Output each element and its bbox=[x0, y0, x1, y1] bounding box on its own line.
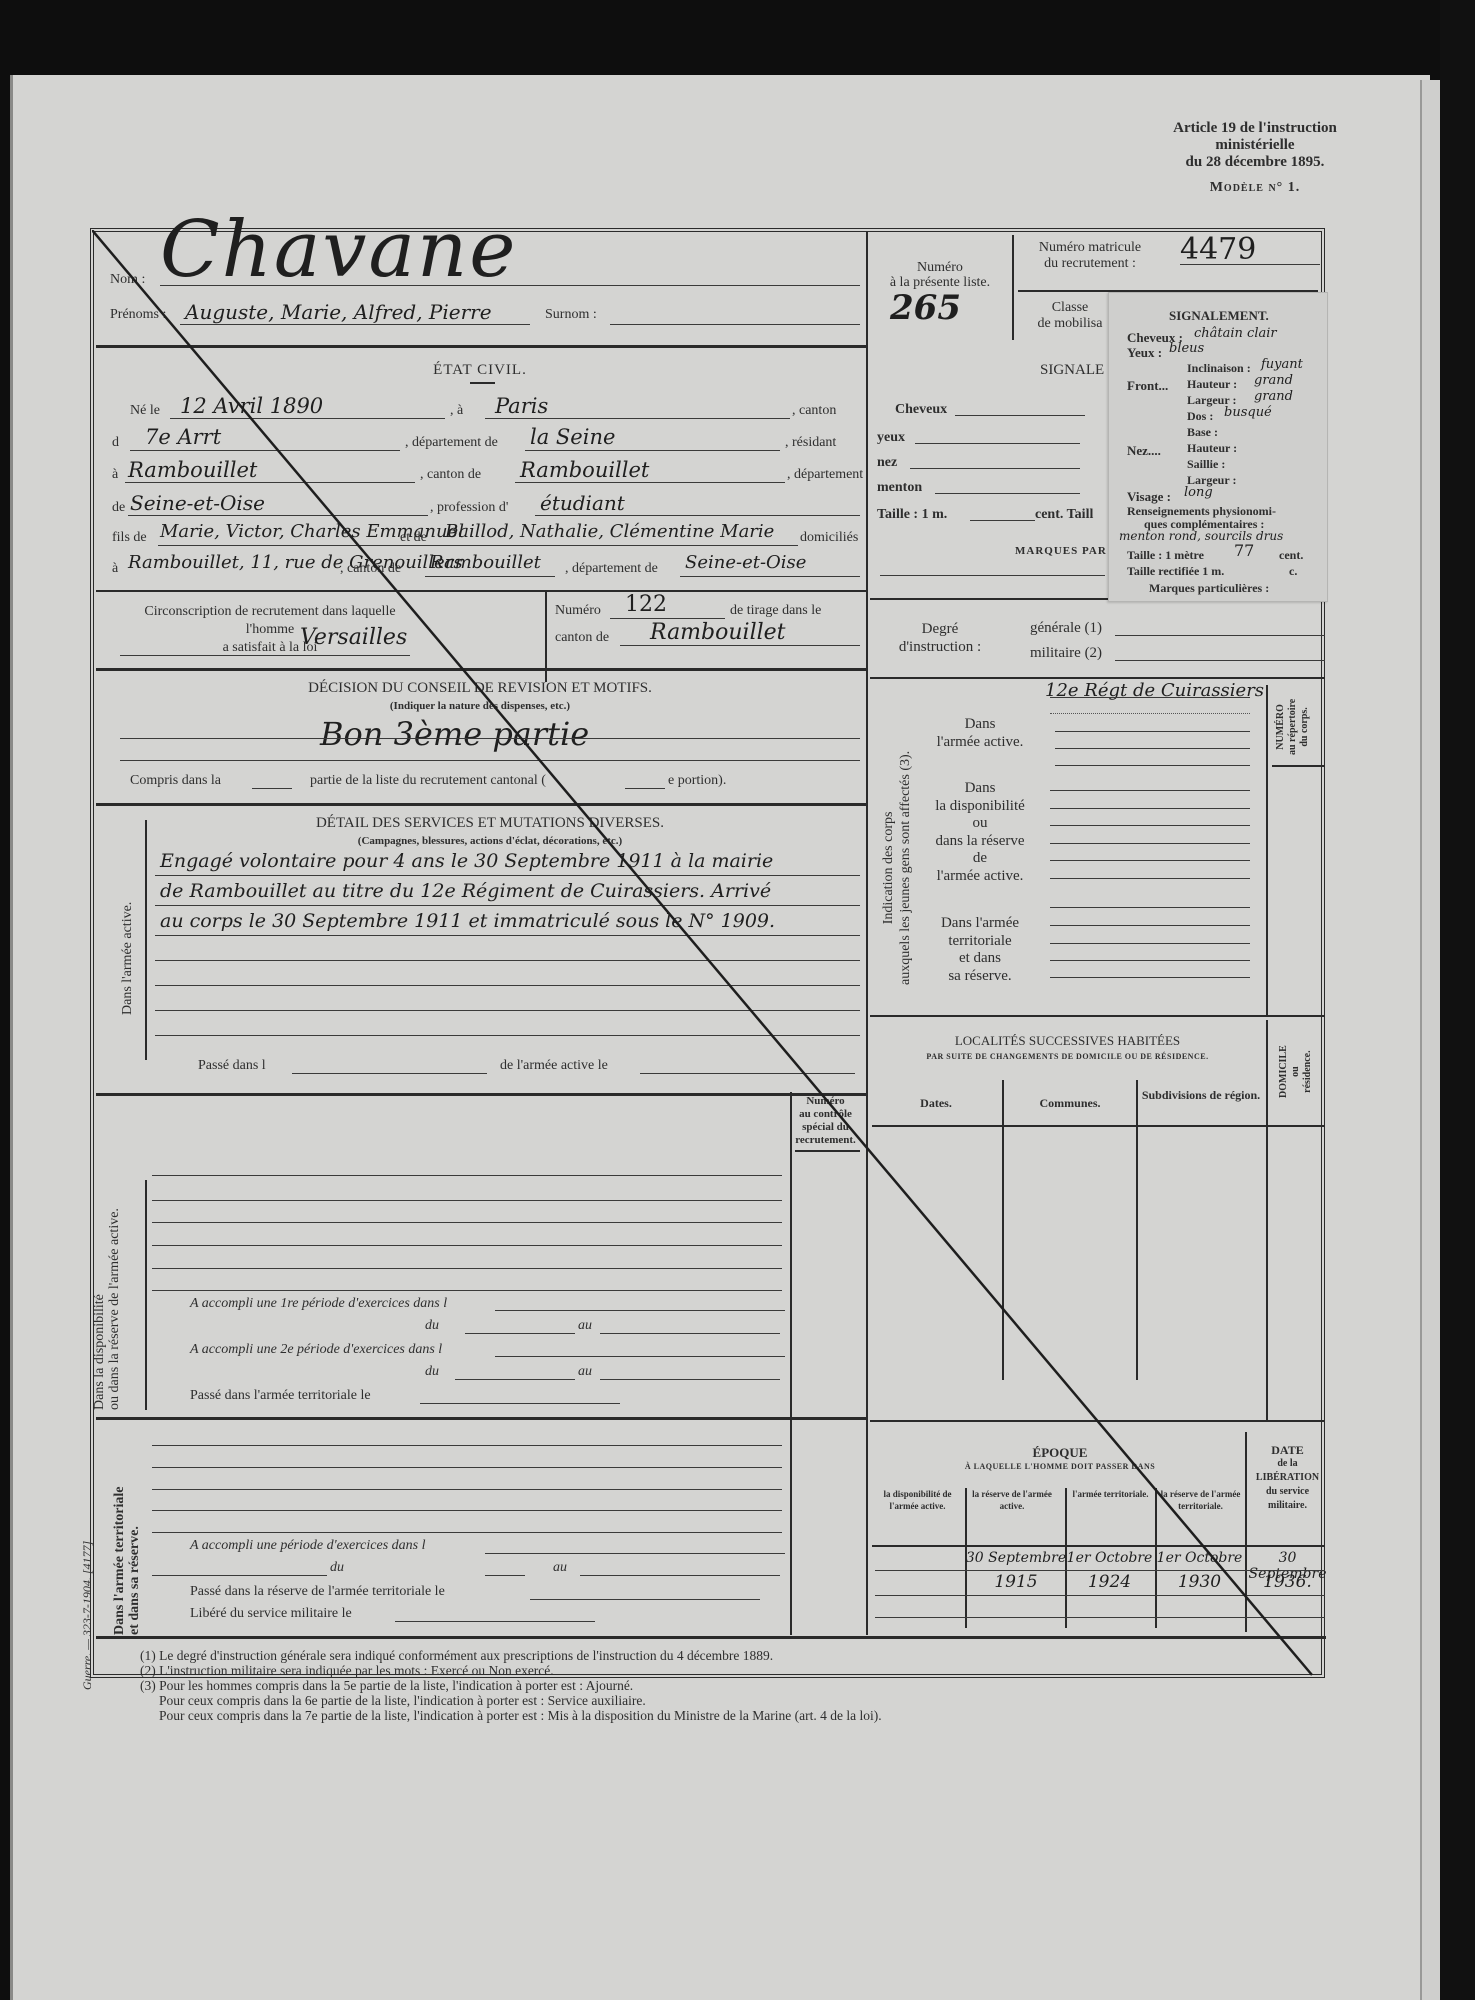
numero-liste-value: 265 bbox=[890, 288, 961, 328]
label: Classe bbox=[1030, 300, 1110, 316]
epoque-value: 30 Septembre bbox=[962, 1550, 1070, 1566]
controle-label: Numéro au contrôle spécial du recrutemen… bbox=[793, 1095, 858, 1147]
article-line: ministérielle bbox=[1130, 137, 1380, 154]
a-label: , à bbox=[450, 403, 463, 419]
matricule-label: Numéro matricule du recrutement : bbox=[1020, 240, 1160, 272]
slip-yeux-value: bleus bbox=[1169, 341, 1204, 356]
label: LIBÉRATION bbox=[1250, 1471, 1325, 1485]
nom-value: Chavane bbox=[160, 205, 517, 295]
footnote: (2) L'instruction militaire sera indiqué… bbox=[140, 1663, 1240, 1678]
corps-side-label: Indication des corps auxquels les jeunes… bbox=[880, 751, 914, 985]
label: la disponibilité bbox=[925, 798, 1035, 816]
surnom-label: Surnom : bbox=[545, 307, 597, 323]
fils-de-label: fils de bbox=[112, 530, 147, 546]
slip-marques-label: Marques particulières : bbox=[1149, 581, 1269, 596]
et-de-label: et de bbox=[400, 530, 427, 546]
label: d'instruction : bbox=[880, 638, 1000, 656]
prenoms-label: Prénoms : bbox=[110, 307, 166, 323]
signalement-slip: SIGNALEMENT. Cheveux : châtain clair Yeu… bbox=[1108, 292, 1328, 602]
label: auxquels les jeunes gens sont affectés (… bbox=[897, 751, 914, 985]
canton-value: Rambouillet bbox=[520, 458, 649, 482]
periode2-label: A accompli une 2e période d'exercices da… bbox=[190, 1342, 442, 1358]
degre-label: Degré d'instruction : bbox=[880, 620, 1000, 656]
slip-c-label: c. bbox=[1289, 564, 1297, 579]
birthplace-value: Paris bbox=[495, 394, 548, 418]
slip-cheveux-value: châtain clair bbox=[1194, 326, 1277, 341]
repertoire-label: NUMÉRO au répertoire du corps. bbox=[1275, 699, 1311, 755]
liberation-label: DATE de la LIBÉRATION du service militai… bbox=[1250, 1443, 1325, 1513]
label: au répertoire bbox=[1287, 699, 1299, 755]
mother-value: Baillod, Nathalie, Clémentine Marie bbox=[445, 521, 774, 542]
prenoms-value: Auguste, Marie, Alfred, Pierre bbox=[185, 300, 492, 324]
portion-label: e portion). bbox=[668, 773, 726, 789]
au-label: au bbox=[553, 1560, 567, 1576]
label: résidence. bbox=[1302, 1045, 1314, 1098]
slip-largeur-value: grand bbox=[1254, 389, 1293, 404]
menton-label: menton bbox=[877, 480, 922, 496]
footnote: Pour ceux compris dans la 7e partie de l… bbox=[140, 1708, 1240, 1723]
label: au contrôle bbox=[793, 1108, 858, 1121]
tirage-label: de tirage dans le bbox=[730, 603, 821, 619]
label: de mobilisa bbox=[1030, 316, 1110, 332]
article-line: Article 19 de l'instruction bbox=[1130, 120, 1380, 137]
label: Dans l'armée bbox=[925, 915, 1035, 933]
slip-visage-value: long bbox=[1184, 485, 1213, 500]
footnote: (3) Pour les hommes compris dans la 5e p… bbox=[140, 1678, 1240, 1693]
label: recrutement. bbox=[793, 1134, 858, 1147]
localites-subtitle: PAR SUITE DE CHANGEMENTS DE DOMICILE OU … bbox=[875, 1052, 1260, 1061]
residence-value: Rambouillet bbox=[128, 458, 257, 482]
du-label: du bbox=[330, 1560, 344, 1576]
label: DOMICILE bbox=[1278, 1045, 1290, 1098]
de-label: de bbox=[112, 500, 125, 516]
territoriale-side-label: Dans l'armée territoriale et dans sa rés… bbox=[112, 1487, 142, 1636]
label: Dans bbox=[925, 715, 1035, 733]
residant-label: , résidant bbox=[785, 435, 836, 451]
service-line: au corps le 30 Septembre 1911 et immatri… bbox=[160, 910, 775, 932]
cent-label: cent. Taill bbox=[1035, 507, 1093, 523]
slip-nez-label: Nez.... bbox=[1127, 443, 1161, 459]
slip-base-label: Base : bbox=[1187, 425, 1218, 440]
corps-territoriale-label: Dans l'armée territoriale et dans sa rés… bbox=[925, 915, 1035, 985]
slip-nez-hauteur-label: Hauteur : bbox=[1187, 441, 1237, 456]
slip-hauteur-value: grand bbox=[1254, 373, 1293, 388]
epoque-value: 1er Octobre bbox=[1152, 1550, 1247, 1566]
epoque-value: 1924 bbox=[1062, 1572, 1157, 1592]
domicilies-label: domiciliés bbox=[800, 530, 858, 546]
canton-label: , canton de bbox=[340, 561, 401, 577]
service-line: de Rambouillet au titre du 12e Régiment … bbox=[160, 880, 771, 902]
ne-le-label: Né le bbox=[130, 403, 160, 419]
label: Dans l'armée territoriale bbox=[112, 1487, 127, 1636]
d-label: d bbox=[112, 435, 119, 451]
label: Numéro bbox=[870, 260, 1010, 275]
a-label: à bbox=[112, 561, 118, 577]
numero-tirage-label: Numéro bbox=[555, 603, 601, 619]
slip-hauteur-label: Hauteur : bbox=[1187, 377, 1237, 392]
label: Degré bbox=[880, 620, 1000, 638]
slip-taille-rectifiee-label: Taille rectifiée 1 m. bbox=[1127, 564, 1224, 579]
periode-label: A accompli une période d'exercices dans … bbox=[190, 1538, 425, 1554]
slip-saillie-label: Saillie : bbox=[1187, 457, 1225, 472]
canton-label: , canton bbox=[792, 403, 836, 419]
modele-number: Modèle n° 1. bbox=[1130, 179, 1380, 196]
services-subtitle: (Campagnes, blessures, actions d'éclat, … bbox=[200, 835, 780, 847]
slip-visage-label: Visage : bbox=[1127, 489, 1171, 505]
slip-cent-label: cent. bbox=[1279, 548, 1303, 563]
militaire-label: militaire (2) bbox=[1030, 645, 1102, 662]
decision-subtitle: (Indiquer la nature des dispenses, etc.) bbox=[200, 700, 760, 712]
label: militaire. bbox=[1250, 1499, 1325, 1513]
label: Dans bbox=[925, 780, 1035, 798]
label: spécial du bbox=[793, 1121, 858, 1134]
yeux-label: yeux bbox=[877, 430, 905, 446]
localites-title: LOCALITÉS SUCCESSIVES HABITÉES bbox=[875, 1033, 1260, 1049]
marques-label: MARQUES PAR bbox=[1015, 545, 1107, 557]
label: territoriale bbox=[925, 933, 1035, 951]
label: ou dans la réserve de l'armée active. bbox=[107, 1208, 122, 1410]
label: DATE bbox=[1250, 1443, 1325, 1457]
etat-civil-title: ÉTAT CIVIL. bbox=[300, 362, 660, 379]
slip-title: SIGNALEMENT. bbox=[1169, 308, 1269, 324]
slip-front-label: Front... bbox=[1127, 378, 1168, 394]
services-side-label: Dans l'armée active. bbox=[120, 902, 136, 1015]
label: dans la réserve bbox=[925, 833, 1035, 851]
canton-label: , canton de bbox=[420, 467, 481, 483]
liberation-value: 1936. bbox=[1245, 1572, 1330, 1592]
slip-dos-label: Dos : bbox=[1187, 409, 1213, 424]
slip-yeux-label: Yeux : bbox=[1127, 345, 1162, 361]
departement-label: , département de bbox=[565, 561, 658, 577]
generale-label: générale (1) bbox=[1030, 620, 1102, 637]
epoque-col-label: la réserve de l'armée territoriale. bbox=[1158, 1488, 1243, 1512]
slip-inclinaison-label: Inclinaison : bbox=[1187, 361, 1251, 376]
numero-tirage-value: 122 bbox=[625, 592, 667, 617]
taille-label: Taille : 1 m. bbox=[877, 507, 947, 523]
passe-label: Passé dans l bbox=[198, 1058, 266, 1074]
domicile-label: DOMICILE ou résidence. bbox=[1278, 1045, 1314, 1098]
cheveux-label: Cheveux bbox=[895, 402, 947, 418]
corps-active-label: Dans l'armée active. bbox=[925, 715, 1035, 751]
domicile-value: Rambouillet, 11, rue de Grenouillers bbox=[128, 552, 463, 573]
footnotes: (1) Le degré d'instruction générale sera… bbox=[140, 1648, 1240, 1723]
armee-active-label: de l'armée active le bbox=[500, 1058, 608, 1074]
canton-value: 7e Arrt bbox=[145, 425, 221, 449]
corps-disponibilite-label: Dans la disponibilité ou dans la réserve… bbox=[925, 780, 1035, 885]
epoque-title: ÉPOQUE bbox=[880, 1445, 1240, 1461]
matricule-value: 4479 bbox=[1180, 232, 1256, 267]
departement-value: Seine-et-Oise bbox=[685, 552, 806, 573]
classe-label: Classe de mobilisa bbox=[1030, 300, 1110, 332]
periode1-label: A accompli une 1re période d'exercices d… bbox=[190, 1296, 447, 1312]
numero-liste-label: Numéro à la présente liste. bbox=[870, 260, 1010, 290]
page-edge bbox=[1420, 80, 1440, 2000]
label: de la bbox=[1250, 1457, 1325, 1471]
decision-value: Bon 3ème partie bbox=[320, 715, 589, 753]
epoque-value: 1er Octobre bbox=[1062, 1550, 1157, 1566]
canton-label: canton de bbox=[555, 630, 609, 646]
epoque-col-label: la disponibilité de l'armée active. bbox=[875, 1488, 960, 1512]
compris-label: Compris dans la bbox=[130, 773, 221, 789]
du-label: du bbox=[425, 1364, 439, 1380]
circonscription-value: Versailles bbox=[300, 625, 407, 650]
disponibilite-side-label: Dans la disponibilité ou dans la réserve… bbox=[92, 1208, 122, 1410]
col-subdivisions: Subdivisions de région. bbox=[1140, 1088, 1262, 1103]
article-line: du 28 décembre 1895. bbox=[1130, 154, 1380, 171]
nez-label: nez bbox=[877, 455, 897, 471]
epoque-col-label: la réserve de l'armée active. bbox=[968, 1488, 1056, 1512]
a-label: à bbox=[112, 467, 118, 483]
canton-value: Rambouillet bbox=[430, 552, 541, 573]
article-reference: Article 19 de l'instruction ministériell… bbox=[1130, 120, 1380, 196]
label: Dans la disponibilité bbox=[92, 1208, 107, 1410]
binding bbox=[1440, 0, 1475, 2000]
services-title: DÉTAIL DES SERVICES ET MUTATIONS DIVERSE… bbox=[200, 815, 780, 832]
departement-label: , département de bbox=[405, 435, 498, 451]
col-communes: Communes. bbox=[1004, 1096, 1136, 1111]
slip-inclinaison-value: fuyant bbox=[1261, 357, 1303, 372]
epoque-subtitle: À LAQUELLE L'HOMME DOIT PASSER DANS bbox=[880, 1462, 1240, 1471]
label: ou bbox=[1290, 1045, 1302, 1098]
label: Numéro bbox=[793, 1095, 858, 1108]
footnote: Pour ceux compris dans la 6e partie de l… bbox=[140, 1693, 1240, 1708]
decision-title: DÉCISION DU CONSEIL DE REVISION ET MOTIF… bbox=[200, 680, 760, 697]
label: l'armée active. bbox=[925, 733, 1035, 751]
signalement-printed-title: SIGNALE bbox=[1040, 362, 1104, 379]
label: du recrutement : bbox=[1020, 256, 1160, 272]
du-label: du bbox=[425, 1318, 439, 1334]
slip-taille-value: 77 bbox=[1234, 541, 1254, 560]
au-label: au bbox=[578, 1318, 592, 1334]
slip-dos-value: busqué bbox=[1224, 405, 1272, 420]
profession-label: , profession d' bbox=[430, 500, 508, 516]
departement-label: , département bbox=[787, 467, 863, 483]
departement-value: la Seine bbox=[530, 425, 615, 449]
canton-tirage-value: Rambouillet bbox=[650, 620, 786, 645]
label: ou bbox=[925, 815, 1035, 833]
label: sa réserve. bbox=[925, 968, 1035, 986]
passe-reserve-label: Passé dans la réserve de l'armée territo… bbox=[190, 1584, 445, 1600]
passe-territoriale-label: Passé dans l'armée territoriale le bbox=[190, 1388, 371, 1404]
au-label: au bbox=[578, 1364, 592, 1380]
epoque-value: 1930 bbox=[1152, 1572, 1247, 1592]
col-dates: Dates. bbox=[872, 1096, 1000, 1111]
libere-label: Libéré du service militaire le bbox=[190, 1606, 352, 1622]
departement-value: Seine-et-Oise bbox=[130, 491, 265, 515]
imprint: Guerre. — 323-7-1904. [4177] bbox=[80, 1541, 95, 1690]
label: NUMÉRO bbox=[1275, 699, 1287, 755]
label: du corps. bbox=[1299, 699, 1311, 755]
footnote: (1) Le degré d'instruction générale sera… bbox=[140, 1648, 1240, 1663]
label: de bbox=[925, 850, 1035, 868]
epoque-value: 1915 bbox=[962, 1572, 1070, 1592]
service-line: Engagé volontaire pour 4 ans le 30 Septe… bbox=[160, 850, 773, 872]
label: du service bbox=[1250, 1485, 1325, 1499]
label: Numéro matricule bbox=[1020, 240, 1160, 256]
label: l'armée active. bbox=[925, 868, 1035, 886]
label: et dans bbox=[925, 950, 1035, 968]
ne-le-value: 12 Avril 1890 bbox=[180, 394, 323, 418]
profession-value: étudiant bbox=[540, 491, 625, 515]
label: et dans sa réserve. bbox=[127, 1487, 142, 1636]
label: Indication des corps bbox=[880, 751, 897, 985]
slip-renseignements-value: menton rond, sourcils drus bbox=[1119, 529, 1283, 543]
epoque-col-label: l'armée territoriale. bbox=[1068, 1488, 1153, 1500]
partie-label: partie de la liste du recrutement canton… bbox=[310, 773, 546, 789]
slip-taille-label: Taille : 1 mètre bbox=[1127, 548, 1204, 563]
nom-label: Nom : bbox=[110, 272, 145, 288]
